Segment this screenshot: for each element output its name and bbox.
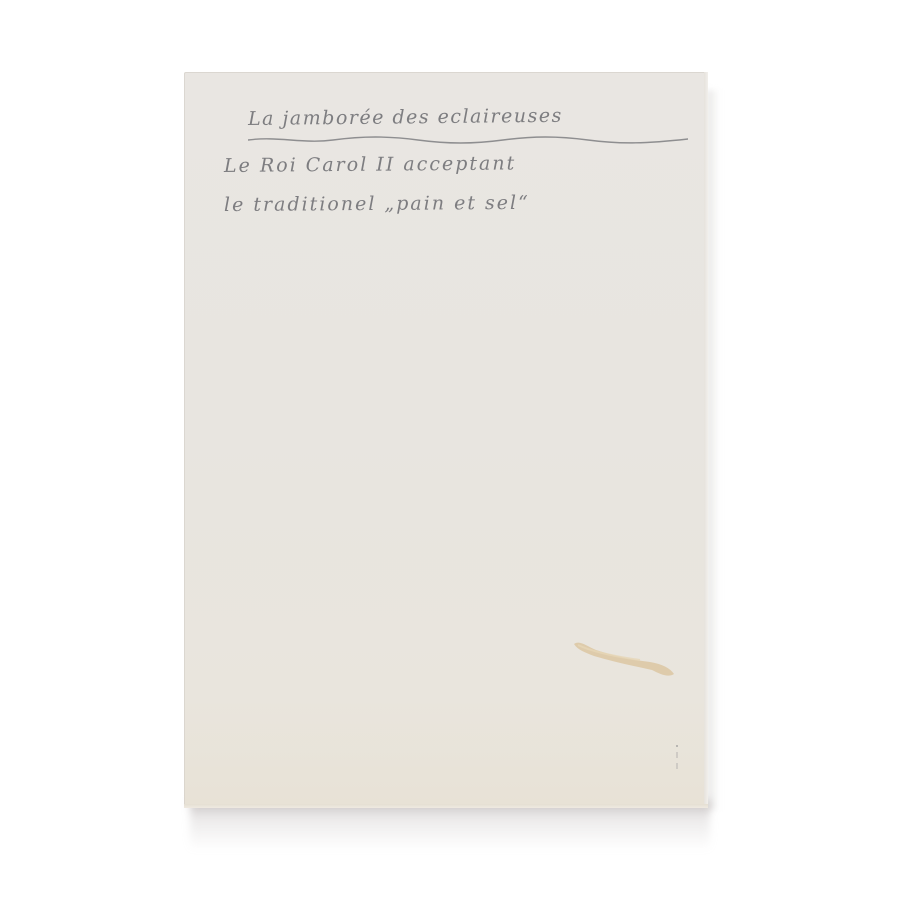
- card-edge-bottom: [184, 804, 708, 808]
- pencil-mark: [674, 742, 680, 772]
- card-side-shadow: [706, 90, 720, 810]
- photo-card-verso: La jamborée des eclaireuses Le Roi Carol…: [184, 72, 708, 808]
- caption-line-3: le traditionel „pain et sel“: [224, 192, 530, 216]
- card-edge-right: [704, 72, 708, 808]
- caption-title: La jamborée des eclaireuses: [248, 105, 563, 130]
- stain-mark: [570, 638, 680, 678]
- page: La jamborée des eclaireuses Le Roi Carol…: [0, 0, 900, 900]
- caption-line-2: Le Roi Carol II acceptant: [224, 152, 516, 177]
- wavy-underline: [248, 134, 688, 146]
